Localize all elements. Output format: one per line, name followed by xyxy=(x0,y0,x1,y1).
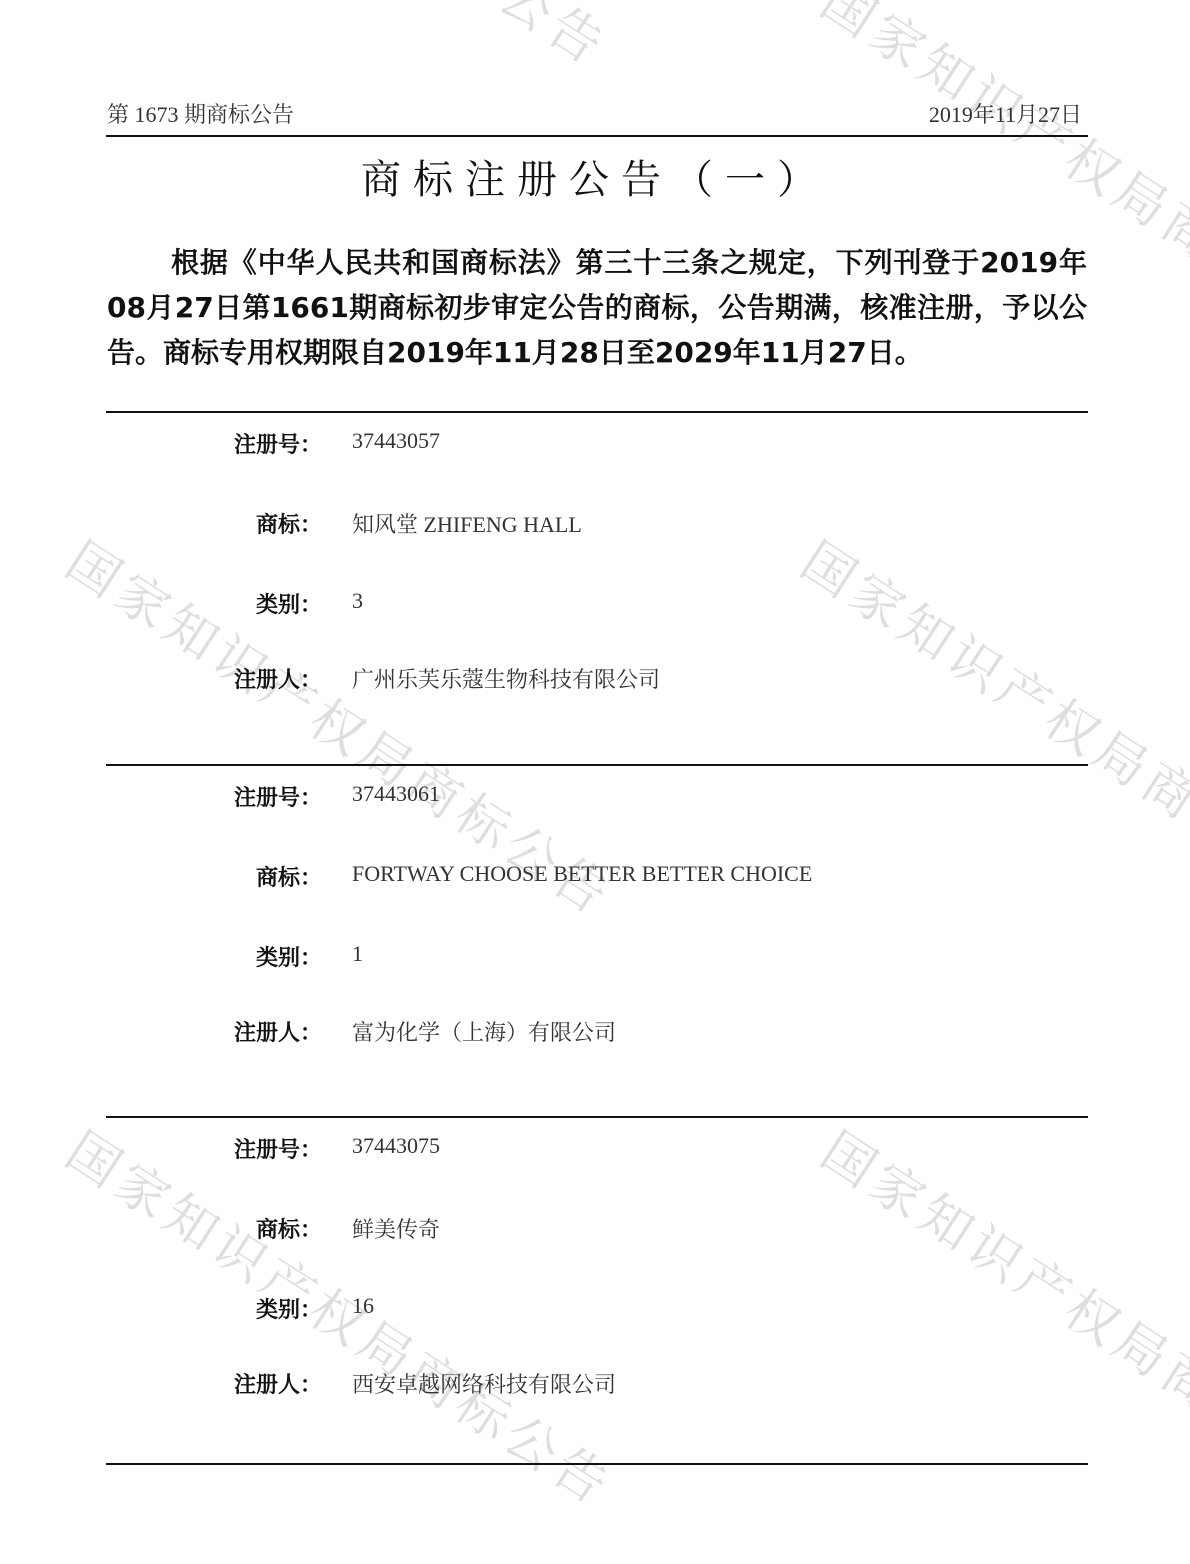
intro-paragraph: 根据《中华人民共和国商标法》第三十三条之规定，下列刊登于2019年08月27日第… xyxy=(107,240,1087,375)
watermark: 国家知识产权局商标公告 xyxy=(49,0,625,80)
mark-value: 知风堂 ZHIFENG HALL xyxy=(352,508,582,539)
field-registrant: 注册人： 富为化学（上海）有限公司 xyxy=(0,1016,1190,1056)
field-class: 类别： 1 xyxy=(0,941,1190,981)
reg-no-label: 注册号： xyxy=(234,781,322,812)
class-label: 类别： xyxy=(256,588,322,619)
reg-no-label: 注册号： xyxy=(234,428,322,459)
issue-date: 2019年11月27日 xyxy=(929,98,1082,129)
field-class: 类别： 16 xyxy=(0,1293,1190,1333)
registrant-value: 富为化学（上海）有限公司 xyxy=(352,1016,616,1047)
class-label: 类别： xyxy=(256,1293,322,1324)
mark-label: 商标： xyxy=(256,861,322,892)
field-reg-no: 注册号： 37443075 xyxy=(0,1133,1190,1173)
registrant-value: 广州乐芙乐蔻生物科技有限公司 xyxy=(352,663,660,694)
field-reg-no: 注册号： 37443057 xyxy=(0,428,1190,468)
issue-number: 第 1673 期商标公告 xyxy=(107,98,294,129)
record-divider xyxy=(106,764,1088,766)
mark-label: 商标： xyxy=(256,1213,322,1244)
registrant-value: 西安卓越网络科技有限公司 xyxy=(352,1368,616,1399)
reg-no-value: 37443061 xyxy=(352,781,440,807)
field-mark: 商标： 鲜美传奇 xyxy=(0,1213,1190,1253)
registrant-label: 注册人： xyxy=(234,663,322,694)
footer-divider xyxy=(106,1463,1088,1465)
record-divider xyxy=(106,1116,1088,1118)
page-title: 商标注册公告（一） xyxy=(0,148,1190,205)
field-class: 类别： 3 xyxy=(0,588,1190,628)
class-label: 类别： xyxy=(256,941,322,972)
class-value: 3 xyxy=(352,588,363,614)
registrant-label: 注册人： xyxy=(234,1016,322,1047)
field-reg-no: 注册号： 37443061 xyxy=(0,781,1190,821)
class-value: 1 xyxy=(352,941,363,967)
reg-no-label: 注册号： xyxy=(234,1133,322,1164)
mark-label: 商标： xyxy=(256,508,322,539)
reg-no-value: 37443057 xyxy=(352,428,440,454)
mark-value: 鲜美传奇 xyxy=(352,1213,440,1244)
field-mark: 商标： FORTWAY CHOOSE BETTER BETTER CHOICE xyxy=(0,861,1190,901)
registrant-label: 注册人： xyxy=(234,1368,322,1399)
field-mark: 商标： 知风堂 ZHIFENG HALL xyxy=(0,508,1190,548)
reg-no-value: 37443075 xyxy=(352,1133,440,1159)
field-registrant: 注册人： 广州乐芙乐蔻生物科技有限公司 xyxy=(0,663,1190,703)
field-registrant: 注册人： 西安卓越网络科技有限公司 xyxy=(0,1368,1190,1408)
class-value: 16 xyxy=(352,1293,374,1319)
record-divider xyxy=(106,411,1088,413)
mark-value: FORTWAY CHOOSE BETTER BETTER CHOICE xyxy=(352,861,812,887)
header-divider xyxy=(106,135,1088,137)
